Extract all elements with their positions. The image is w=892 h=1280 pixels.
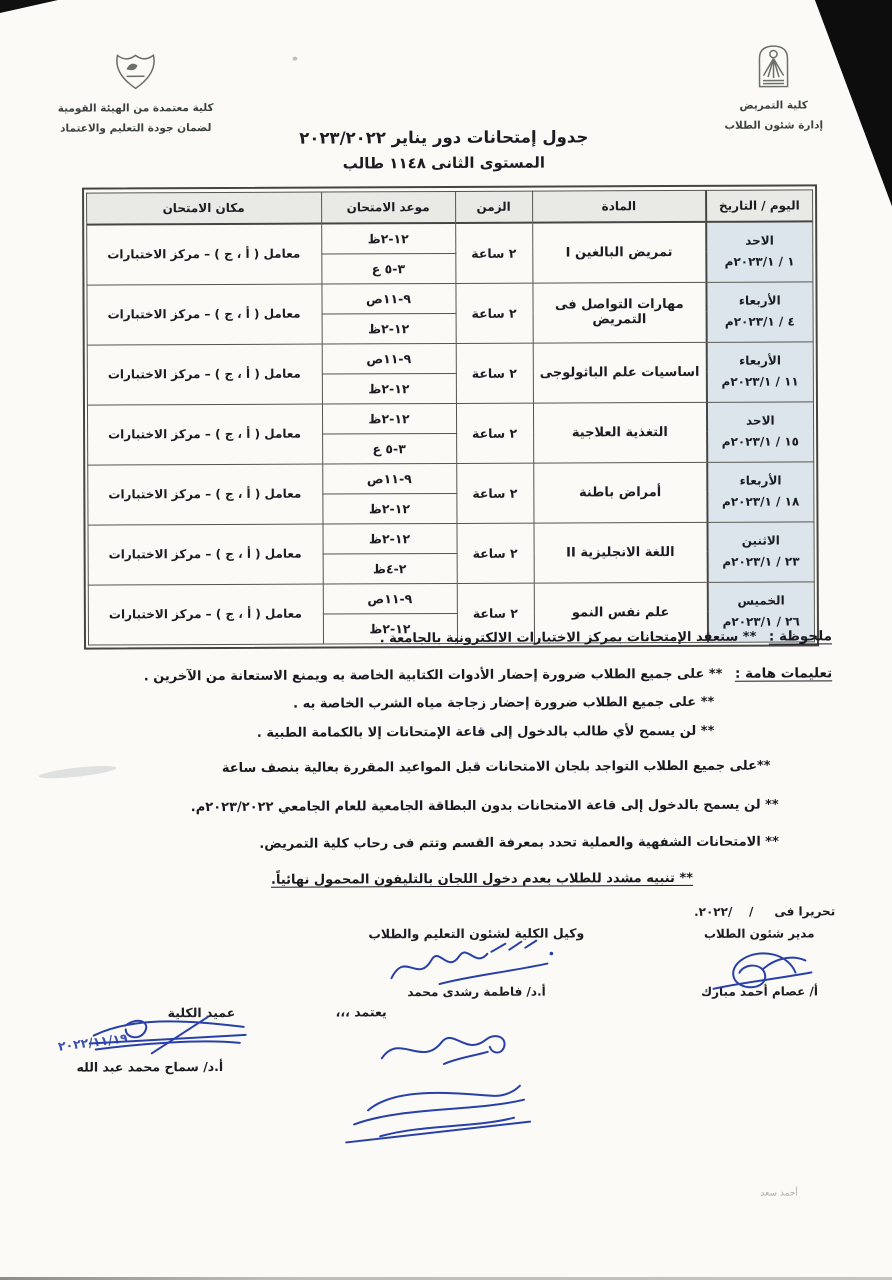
cell-time-2: ٢-٤ظ — [323, 553, 457, 584]
table-row: الخميس ٢٦ / ٢٠٢٣/١م علم نفس النمو ٢ ساعة… — [88, 581, 814, 614]
cell-day-date: الاثنين ٢٣ / ٢٠٢٣/١م — [707, 521, 813, 581]
cell-time-1: ١٢-٢ظ — [322, 523, 456, 554]
cell-time-1: ٩-١١ص — [322, 463, 456, 494]
instruction-line: ** الامتحانات الشفهية والعملية تحدد بمعر… — [65, 834, 779, 853]
col-subject: المادة — [532, 190, 706, 222]
header-row: اليوم / التاريخ المادة الزمن موعد الامتح… — [86, 189, 812, 224]
exam-schedule-table: اليوم / التاريخ المادة الزمن موعد الامتح… — [86, 189, 815, 645]
cell-subject: أمراض باطنة — [533, 462, 707, 523]
day-label: الأربعاء — [709, 355, 812, 369]
instruction-line: ** على جميع الطلاب ضرورة إحضار زجاجة ميا… — [64, 695, 714, 713]
footer-faint-name: أحمد سعد — [760, 1188, 798, 1198]
date-label: ١٨ / ٢٠٢٣/١م — [709, 495, 812, 509]
scan-speck — [292, 57, 297, 61]
date-label: ١١ / ٢٠٢٣/١م — [709, 375, 812, 389]
date-label: ٢٣ / ٢٠٢٣/١م — [710, 555, 813, 569]
accreditation-seal-icon — [112, 49, 158, 95]
table-row: الاثنين ٢٣ / ٢٠٢٣/١م اللغة الانجليزية II… — [87, 521, 813, 554]
cell-location: معامل ( أ ، ج ) – مركز الاختبارات — [86, 223, 321, 285]
instructions-label: تعليمات هامة : — [735, 665, 832, 681]
student-affairs-title: مدير شئون الطلاب — [687, 926, 831, 941]
cell-subject: مهارات التواصل فى التمريض — [532, 282, 706, 343]
table-row: الأربعاء ٤ / ٢٠٢٣/١م مهارات التواصل فى ا… — [86, 281, 812, 314]
table-row: الأربعاء ١٨ / ٢٠٢٣/١م أمراض باطنة ٢ ساعة… — [87, 461, 813, 494]
day-label: الاحد — [708, 235, 811, 249]
org-block-left: كلية معتمدة من الهيئة القومية لضمان جودة… — [55, 49, 215, 136]
approve-word: يعتمد ،،، — [336, 1004, 387, 1019]
dean-name: أ.د/ سماح محمد عبد الله — [70, 1059, 230, 1075]
cell-time-1: ١٢-٢ظ — [322, 403, 456, 434]
cell-duration: ٢ ساعة — [456, 343, 533, 403]
vice-dean-name: أ.د/ فاطمة رشدى محمد — [354, 984, 600, 999]
note-label: ملحوظة : — [769, 628, 832, 644]
cell-day-date: الأربعاء ٤ / ٢٠٢٣/١م — [706, 281, 812, 341]
instruction-line: تعليمات هامة : ** على جميع الطلاب ضرورة … — [64, 665, 832, 685]
org-block-right: كلية التمريض إدارة شئون الطلاب — [715, 42, 831, 133]
org-left-line1: كلية معتمدة من الهيئة القومية — [56, 102, 216, 116]
org-right-line1: كلية التمريض — [716, 99, 832, 113]
day-label: الأربعاء — [708, 295, 811, 309]
vice-dean-signature-block: وكيل الكلية لشئون التعليم والطلاب أ.د/ ف… — [353, 925, 599, 999]
cell-subject: اساسيات علم الباثولوجى — [533, 342, 707, 403]
instruction-text: ** على جميع الطلاب ضرورة إحضار الأدوات ا… — [144, 666, 723, 684]
cell-location: معامل ( أ ، ج ) – مركز الاختبارات — [87, 524, 322, 585]
cell-subject: التغذية العلاجية — [533, 402, 707, 463]
date-label: ١٥ / ٢٠٢٣/١م — [709, 435, 812, 449]
cell-time-1: ٩-١١ص — [322, 343, 456, 374]
cell-duration: ٢ ساعة — [455, 222, 532, 283]
cell-time-1: ٩-١١ص — [321, 283, 455, 314]
cell-location: معامل ( أ ، ج ) – مركز الاختبارات — [87, 344, 322, 405]
date-label: ١ / ٢٠٢٣/١م — [708, 255, 811, 269]
cell-duration: ٢ ساعة — [455, 283, 532, 343]
cell-location: معامل ( أ ، ج ) – مركز الاختبارات — [87, 404, 322, 465]
col-day-date: اليوم / التاريخ — [706, 189, 812, 221]
scanned-exam-schedule-page: كلية التمريض إدارة شئون الطلاب كلية معتم… — [0, 0, 892, 1280]
instruction-line: ** لن يسمح لأي طالب بالدخول إلى قاعة الإ… — [64, 724, 714, 742]
student-affairs-name: أ/ عصام أحمد مبارك — [688, 984, 832, 999]
cell-time-2: ١٢-٢ظ — [322, 313, 456, 344]
dean-title: عميد الكلية — [168, 1005, 236, 1020]
student-affairs-signature-block: مدير شئون الطلاب أ/ عصام أحمد مبارك — [687, 926, 831, 999]
exam-table-frame: اليوم / التاريخ المادة الزمن موعد الامتح… — [82, 184, 819, 649]
title-block: جدول إمتحانات دور يناير ٢٠٢٣/٢٠٢٢ المستو… — [0, 126, 890, 174]
cell-day-date: الأربعاء ١١ / ٢٠٢٣/١م — [707, 341, 813, 401]
cell-time-1: ١٢-٢ظ — [321, 222, 455, 253]
issued-date-line: تحريرا فى / /٢٠٢٢. — [699, 904, 835, 919]
cell-location: معامل ( أ ، ج ) – مركز الاختبارات — [87, 464, 322, 525]
cell-duration: ٢ ساعة — [456, 523, 533, 583]
day-label: الاثنين — [710, 535, 813, 549]
cell-subject: اللغة الانجليزية II — [533, 522, 707, 583]
day-label: الاحد — [709, 415, 812, 429]
notes-section: ملحوظة : ** ستعقد الإمتحانات بمركز الاخت… — [64, 628, 833, 889]
date-label: ٢٦ / ٢٠٢٣/١م — [710, 615, 813, 629]
cell-duration: ٢ ساعة — [456, 403, 533, 463]
large-center-signature — [324, 1030, 537, 1153]
page-subtitle: المستوى الثانى ١١٤٨ طالب — [0, 152, 890, 174]
note-text: ** ستعقد الإمتحانات بمركز الاختبارات الا… — [380, 630, 757, 647]
table-row: الاحد ١ / ٢٠٢٣/١م تمريض البالغين I ٢ ساع… — [86, 221, 812, 255]
instruction-line: ** لن يسمح بالدخول إلى قاعة الامتحانات ب… — [65, 798, 779, 817]
day-label: الأربعاء — [709, 475, 812, 489]
cell-time-2: ١٢-٢ظ — [322, 373, 456, 404]
day-label: الخميس — [710, 595, 813, 609]
cell-time-2: ٣-٥ ع — [322, 433, 456, 464]
cell-day-date: الاحد ١ / ٢٠٢٣/١م — [706, 221, 812, 282]
cell-duration: ٢ ساعة — [456, 463, 533, 523]
cell-location: معامل ( أ ، ج ) – مركز الاختبارات — [86, 284, 321, 345]
cell-time-2: ١٢-٢ظ — [322, 493, 456, 524]
cell-subject: تمريض البالغين I — [532, 221, 706, 282]
cell-time-2: ٣-٥ ع — [321, 253, 455, 284]
page-title: جدول إمتحانات دور يناير ٢٠٢٣/٢٠٢٢ — [0, 126, 890, 149]
cell-day-date: الأربعاء ١٨ / ٢٠٢٣/١م — [707, 461, 813, 521]
col-exam-time: موعد الامتحان — [321, 191, 455, 223]
vice-dean-title: وكيل الكلية لشئون التعليم والطلاب — [353, 925, 599, 941]
university-arch-emblem-icon — [755, 42, 791, 92]
note-line: ملحوظة : ** ستعقد الإمتحانات بمركز الاخت… — [64, 628, 832, 648]
col-duration: الزمن — [455, 191, 532, 223]
cell-day-date: الاحد ١٥ / ٢٠٢٣/١م — [707, 401, 813, 461]
document-content: كلية التمريض إدارة شئون الطلاب كلية معتم… — [0, 0, 892, 1280]
table-row: الأربعاء ١١ / ٢٠٢٣/١م اساسيات علم الباثو… — [87, 341, 813, 374]
cell-time-1: ٩-١١ص — [323, 583, 457, 614]
warning-line: ** تنبيه مشدد للطلاب بعدم دخول اللجان با… — [65, 871, 693, 889]
instruction-line: **على جميع الطلاب التواجد بلجان الامتحان… — [65, 759, 771, 778]
table-row: الاحد ١٥ / ٢٠٢٣/١م التغذية العلاجية ٢ سا… — [87, 401, 813, 434]
dean-handwritten-date: ٢٠٢٢/١١/١٩ — [57, 1030, 129, 1054]
date-label: ٤ / ٢٠٢٣/١م — [709, 315, 812, 329]
col-exam-place: مكان الامتحان — [86, 192, 321, 225]
